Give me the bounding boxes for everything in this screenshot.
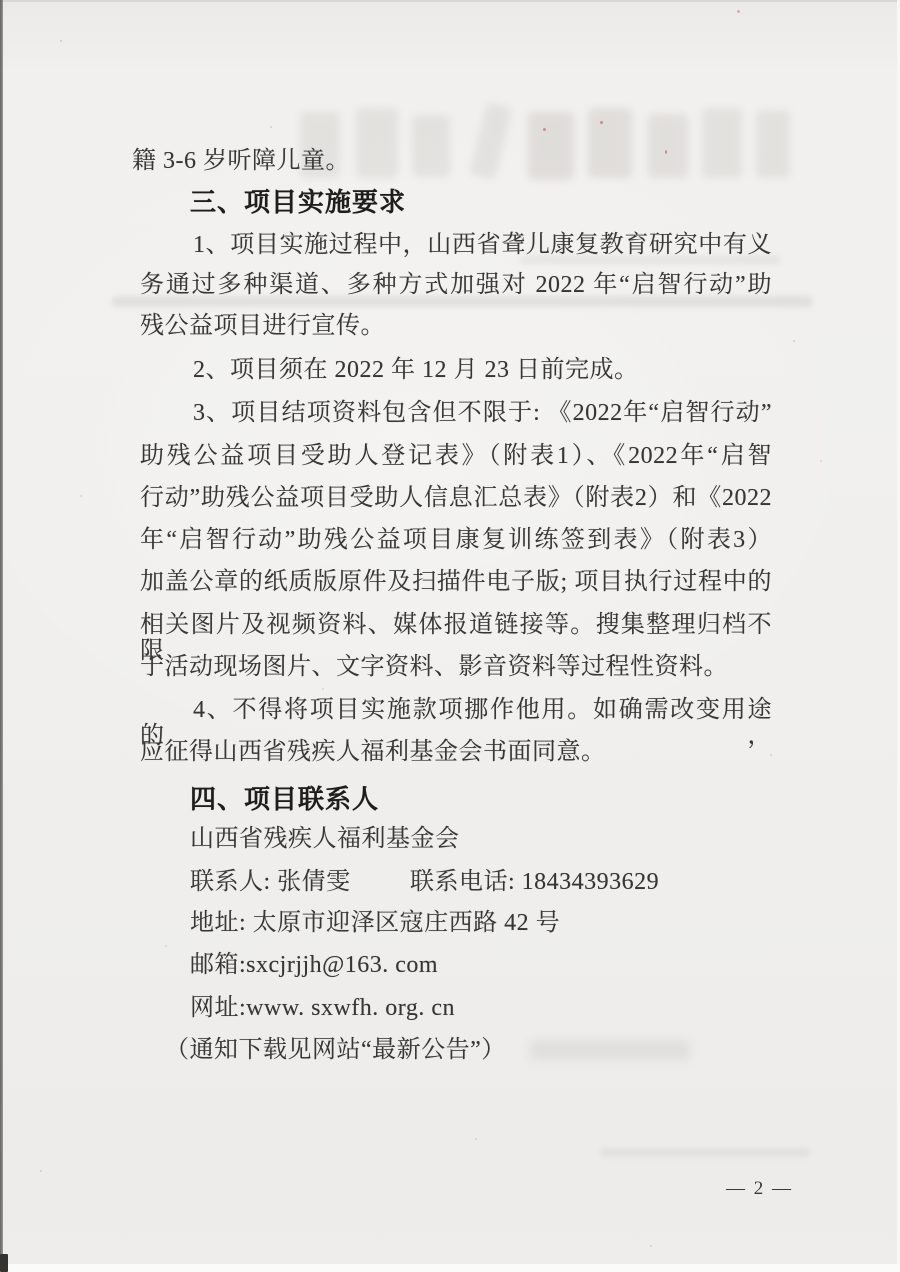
- scan-edge-top: [0, 0, 900, 2]
- doc-line: 助残公益项目受助人登记表》（附表1）、《2022年“启智: [140, 443, 772, 469]
- scan-noise-dots: [60, 40, 62, 42]
- download-note-line: （通知下载见网站“最新公告”）: [165, 1037, 506, 1063]
- doc-line: 于活动现场图片、文字资料、影音资料等过程性资料。: [140, 654, 772, 680]
- doc-line-continuation: 籍 3-6 岁听障儿童。: [132, 148, 764, 174]
- scan-edge-bottom: [0, 1264, 900, 1272]
- section-heading-4: 四、项目联系人: [190, 785, 379, 814]
- scan-edge-left: [0, 0, 3, 1272]
- doc-line: 年“启智行动”助残公益项目康复训练签到表》（附表3）: [140, 527, 772, 553]
- doc-line: 残公益项目进行宣传。: [140, 313, 772, 339]
- page-number: — 2 —: [726, 1178, 793, 1200]
- email-line: 邮箱:sxcjrjjh@163. com: [190, 952, 438, 978]
- scanned-document-page: 籍 3-6 岁听障儿童。 三、项目实施要求 1、项目实施过程中，山西省聋儿康复教…: [0, 0, 900, 1272]
- doc-line: 行动”助残公益项目受助人信息汇总表》（附表2）和《2022: [140, 485, 772, 511]
- website-line: 网址:www. sxwfh. org. cn: [190, 995, 455, 1021]
- red-ink-speck: [543, 128, 546, 131]
- bleedthrough-strip: [530, 1040, 690, 1060]
- address-line: 地址: 太原市迎泽区寇庄西路 42 号: [190, 910, 560, 936]
- bleedthrough-strip: [600, 1148, 810, 1157]
- doc-line: 3、项目结项资料包含但不限于: 《2022年“启智行动”: [140, 400, 772, 426]
- doc-line: 应征得山西省残疾人福利基金会书面同意。: [140, 739, 772, 765]
- scan-corner-blot: [0, 1254, 8, 1272]
- red-ink-speck: [600, 121, 603, 124]
- doc-line: 务通过多种渠道、多种方式加强对 2022 年“启智行动”助: [140, 272, 772, 298]
- org-name-line: 山西省残疾人福利基金会: [190, 826, 460, 852]
- doc-line: 2、项目须在 2022 年 12 月 23 日前完成。: [140, 357, 772, 383]
- red-ink-speck: [737, 10, 740, 13]
- doc-line: 1、项目实施过程中，山西省聋儿康复教育研究中有义: [140, 232, 772, 258]
- contact-phone-line: 联系电话: 18434393629: [410, 869, 659, 895]
- contact-person-line: 联系人: 张倩雯: [190, 869, 351, 895]
- doc-line: 加盖公章的纸质版原件及扫描件电子版; 项目执行过程中的: [140, 569, 772, 595]
- section-heading-3: 三、项目实施要求: [190, 188, 406, 217]
